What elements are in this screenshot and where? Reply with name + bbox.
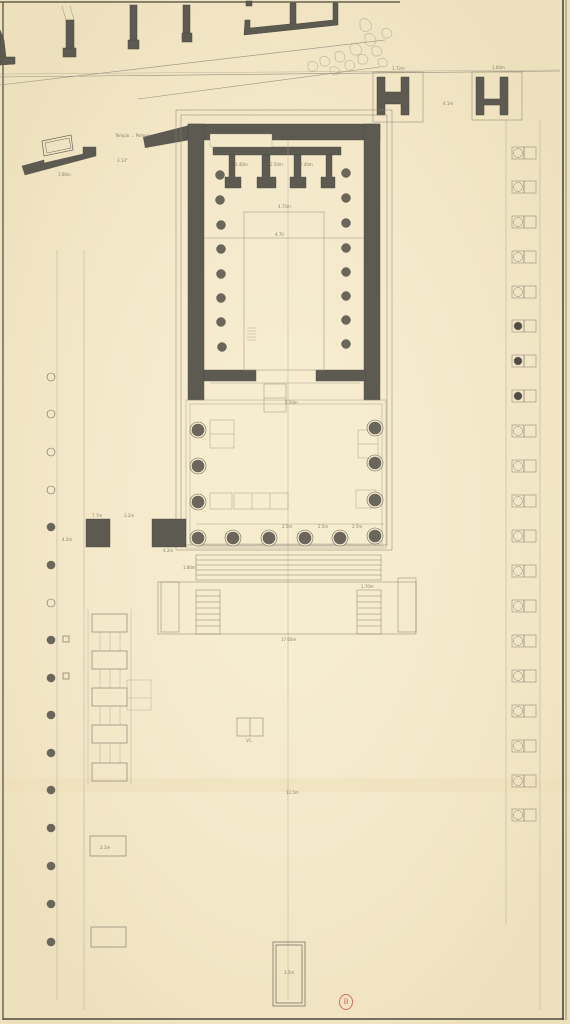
dim-wall-angle: 3.13° (117, 158, 128, 163)
dim-pier-gap: 4.1m (443, 101, 453, 106)
dim-block-a: 7.7m (92, 513, 102, 518)
dim-cella-room-3: 2.40m (300, 162, 313, 167)
dim-pier-b: 1.60m (492, 65, 505, 70)
dim-block-b: 3.2m (124, 513, 134, 518)
dim-podium-total: 17.60m (281, 637, 296, 642)
dim-axis: 12.5m (286, 790, 299, 795)
dim-left-column-offset: 4.2m (62, 537, 72, 542)
dim-pier-a: 1.72m (392, 66, 405, 71)
dim-stair-width: 1.70m (361, 584, 374, 589)
dim-colonnade-2: 2.5m (318, 524, 328, 529)
dim-cella-room-1: 2.40m (235, 162, 248, 167)
library-stamp: B (339, 994, 353, 1010)
note-top-left: Tempio ... Pompei (115, 133, 150, 138)
dim-cella-width: 4.75m (278, 204, 291, 209)
dim-court-span: 5.50m (285, 400, 298, 405)
altar-label: VC. (246, 738, 253, 743)
dim-cella-room-2: 2.50m (270, 162, 283, 167)
dim-left-wall: 1.60m (58, 172, 71, 177)
dim-colonnade-1: 2.5m (282, 524, 292, 529)
dim-block-base: 4.2m (163, 548, 173, 553)
dim-small-base-b: 3.5m (284, 970, 294, 975)
plan-sheet: Tempio ... Pompei 1.60m 3.13° 1.72m 1.60… (0, 0, 570, 1024)
dim-cella-inner: 4.70 (275, 232, 284, 237)
dim-small-base-a: 2.1m (100, 845, 110, 850)
temple-plan-drawing (0, 0, 570, 1024)
dim-step-height: 1.80m (183, 565, 196, 570)
dim-colonnade-3: 2.5m (352, 524, 362, 529)
